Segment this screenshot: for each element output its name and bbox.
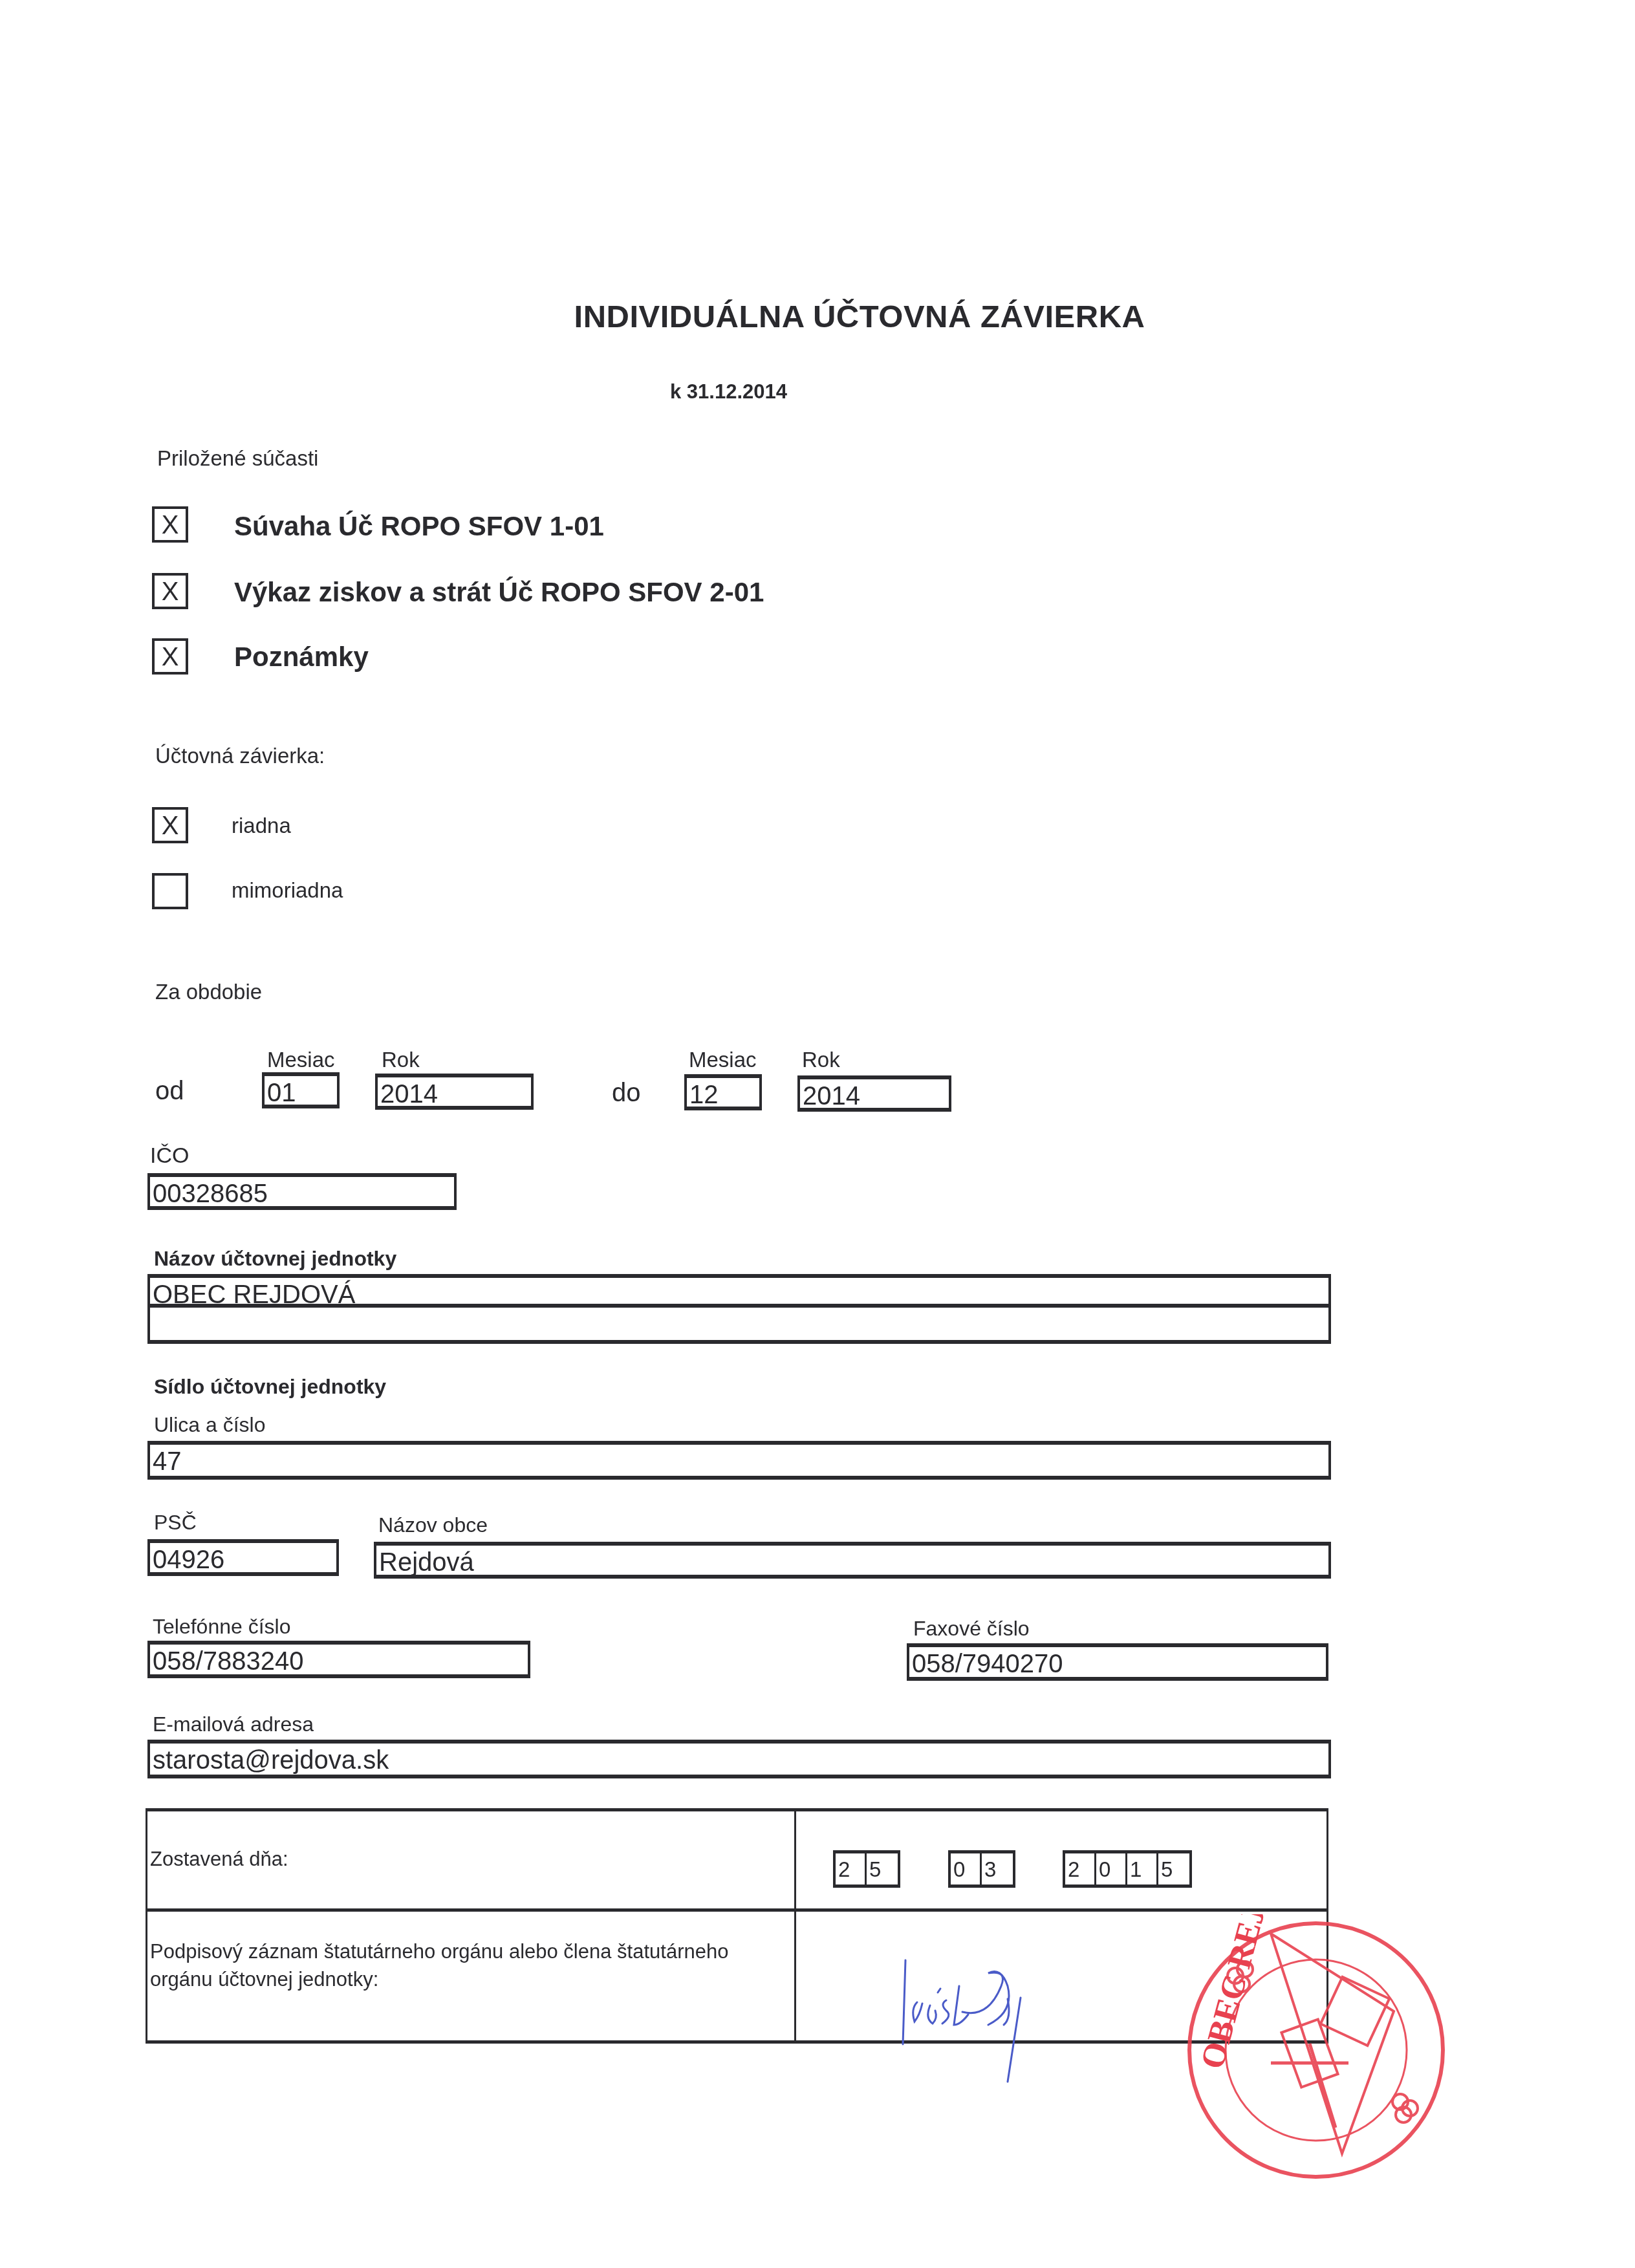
compiled-day-digit: 5	[867, 1853, 898, 1885]
statement-type-riadna-label: riadna	[232, 814, 291, 838]
to-month-field[interactable]: 12	[684, 1074, 762, 1110]
entity-name-line2-field[interactable]	[147, 1305, 1331, 1344]
ico-label: IČO	[150, 1143, 189, 1169]
email-field[interactable]: starosta@rejdova.sk	[147, 1740, 1331, 1778]
attachment-label-vykaz: Výkaz ziskov a strát Úč ROPO SFOV 2-01	[234, 577, 764, 608]
compiled-year-field[interactable]: 2 0 1 5	[1063, 1850, 1192, 1888]
attachment-checkbox-poznamky[interactable]: X	[152, 638, 188, 675]
table-divider-vertical	[794, 1811, 796, 2040]
signature-table: Zostavená dňa: 2 5 0 3 2 0 1 5 Podpisový…	[146, 1808, 1328, 2044]
compiled-year-digit: 2	[1065, 1853, 1096, 1885]
city-field[interactable]: Rejdová	[374, 1542, 1331, 1579]
street-label: Ulica a číslo	[154, 1413, 266, 1437]
email-label: E-mailová adresa	[153, 1712, 314, 1736]
compiled-day-field[interactable]: 2 5	[833, 1850, 900, 1888]
attachment-checkbox-vykaz[interactable]: X	[152, 573, 188, 609]
attachment-checkbox-suvaha[interactable]: X	[152, 506, 188, 543]
city-label: Názov obce	[378, 1513, 488, 1537]
signature-label: Podpisový záznam štatutárneho orgánu ale…	[150, 1938, 790, 1994]
to-year-field[interactable]: 2014	[797, 1075, 951, 1112]
compiled-month-digit: 0	[951, 1853, 982, 1885]
statement-type-riadna-checkbox[interactable]: X	[152, 807, 188, 843]
zip-field[interactable]: 04926	[147, 1539, 339, 1576]
compiled-day-digit: 2	[836, 1853, 867, 1885]
entity-name-line1-field[interactable]: OBEC REJDOVÁ	[147, 1274, 1331, 1308]
attachment-label-suvaha: Súvaha Úč ROPO SFOV 1-01	[234, 511, 604, 542]
document-date: k 31.12.2014	[670, 380, 787, 404]
from-year-field[interactable]: 2014	[375, 1074, 534, 1110]
from-year-label: Rok	[382, 1048, 420, 1072]
statement-type-mimoriadna-label: mimoriadna	[232, 878, 343, 903]
phone-label: Telefónne číslo	[153, 1615, 290, 1639]
signature-icon	[898, 1941, 1066, 2090]
stamp-icon: OBEC REJDOVÁ	[1180, 1914, 1452, 2186]
fax-field[interactable]: 058/7940270	[907, 1643, 1328, 1681]
statement-type-label: Účtovná závierka:	[155, 744, 325, 768]
from-label: od	[155, 1077, 184, 1106]
compiled-year-digit: 5	[1158, 1853, 1189, 1885]
compiled-date-label: Zostavená dňa:	[150, 1845, 288, 1873]
compiled-year-digit: 0	[1096, 1853, 1127, 1885]
to-year-label: Rok	[802, 1048, 840, 1072]
entity-name-label: Názov účtovnej jednotky	[154, 1247, 396, 1271]
period-label: Za obdobie	[155, 980, 262, 1004]
stamp-text: OBEC REJDOVÁ	[1193, 1914, 1299, 2073]
compiled-year-digit: 1	[1127, 1853, 1158, 1885]
address-label: Sídlo účtovnej jednotky	[154, 1375, 386, 1399]
to-label: do	[612, 1079, 641, 1108]
compiled-month-field[interactable]: 0 3	[948, 1850, 1015, 1888]
ico-field[interactable]: 00328685	[147, 1173, 457, 1210]
zip-label: PSČ	[154, 1511, 197, 1535]
statement-type-mimoriadna-checkbox[interactable]	[152, 873, 188, 909]
phone-field[interactable]: 058/7883240	[147, 1641, 530, 1678]
from-month-field[interactable]: 01	[262, 1072, 340, 1108]
attachments-label: Priložené súčasti	[157, 446, 318, 471]
fax-label: Faxové číslo	[913, 1617, 1030, 1641]
document-title: INDIVIDUÁLNA ÚČTOVNÁ ZÁVIERKA	[0, 299, 1635, 335]
to-month-label: Mesiac	[689, 1048, 757, 1072]
table-divider-horizontal	[147, 1908, 1326, 1912]
attachment-label-poznamky: Poznámky	[234, 642, 369, 673]
from-month-label: Mesiac	[267, 1048, 335, 1072]
compiled-month-digit: 3	[982, 1853, 1013, 1885]
street-field[interactable]: 47	[147, 1441, 1331, 1480]
